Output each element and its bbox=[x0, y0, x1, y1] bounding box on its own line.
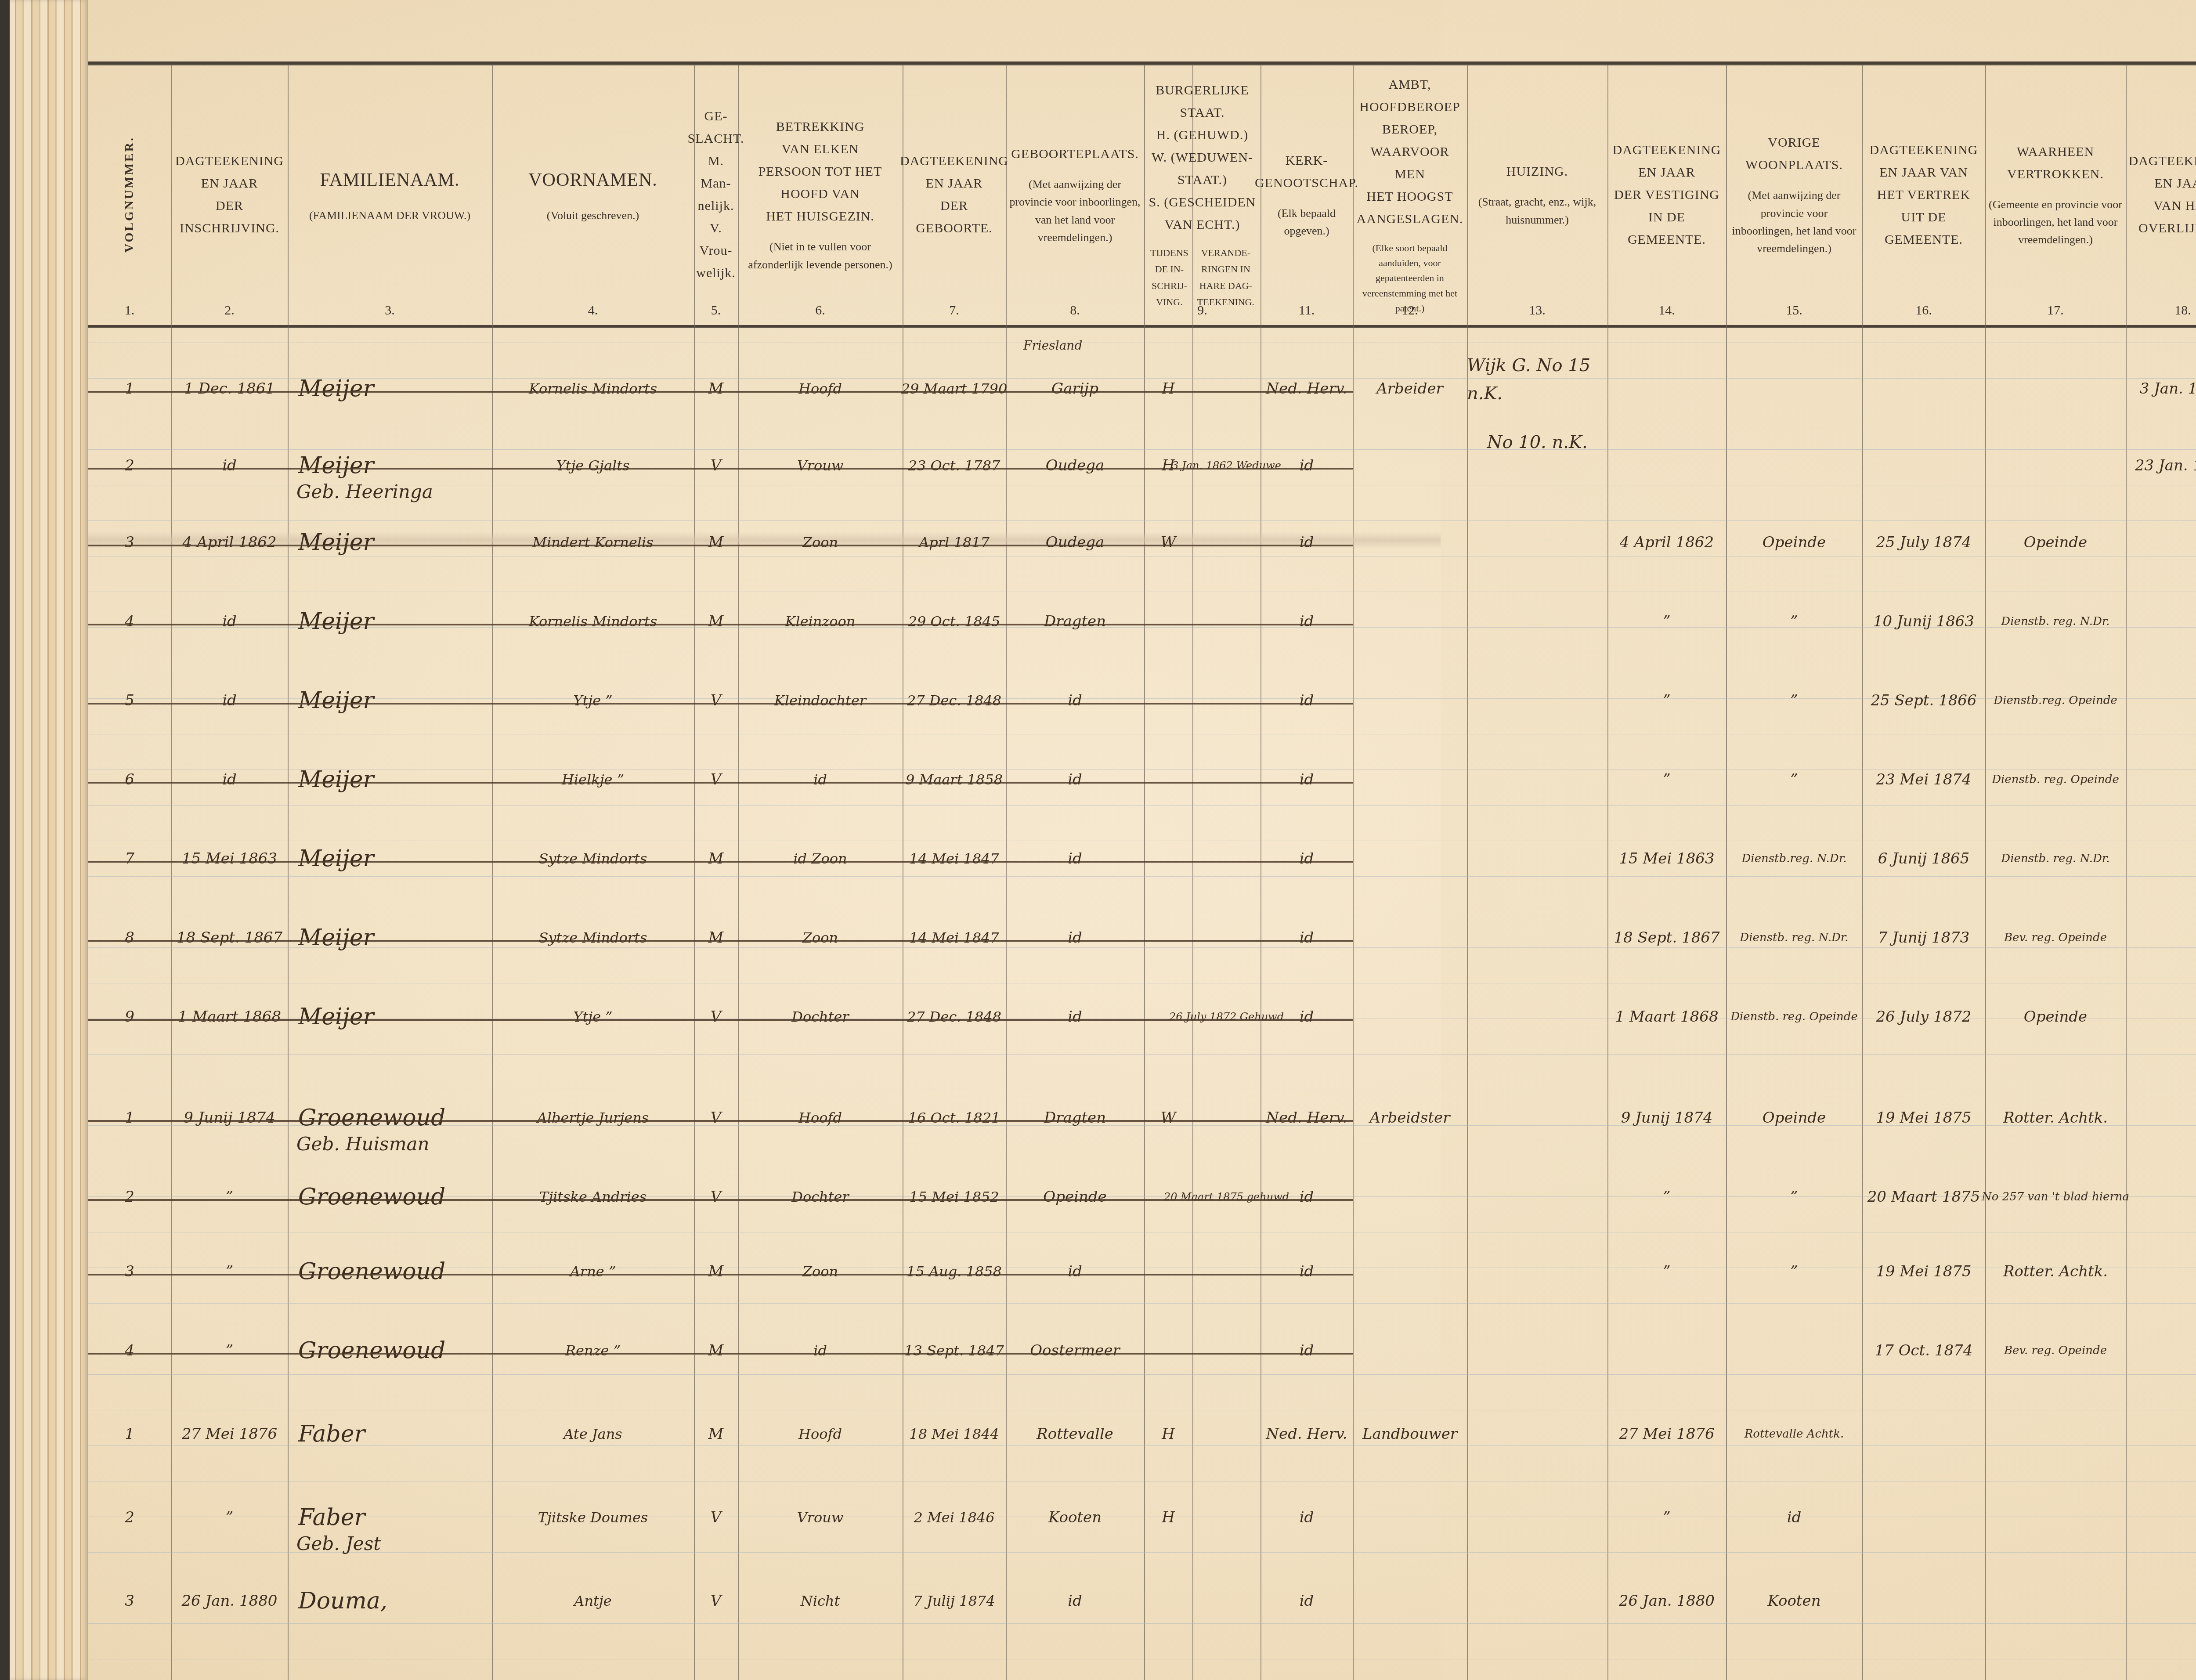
header-text: HET HOOGST bbox=[1367, 185, 1453, 208]
column-number: 8. bbox=[1006, 299, 1144, 322]
cell-sex: M bbox=[694, 1234, 738, 1309]
register-row[interactable]: 4idMeijerKornelis MindortsMKleinzoon29 O… bbox=[88, 584, 2196, 659]
header-text: VAN ELKEN bbox=[782, 138, 859, 160]
header-text: DER VESTIGING bbox=[1614, 184, 1719, 206]
register-row[interactable]: 2idMeijerYtje GjaltsVVrouw23 Oct. 1787Ou… bbox=[88, 428, 2196, 503]
cell-settle: ” bbox=[1607, 1480, 1726, 1555]
cell-surname: Groenewoud bbox=[288, 1313, 502, 1388]
column-header-2: DAGTEEKENINGEN JAARDERINSCHRIJVING.2. bbox=[171, 65, 288, 324]
maiden-name: Geb. Heeringa bbox=[296, 481, 433, 502]
column-number: 11. bbox=[1261, 299, 1353, 322]
strike-through-line bbox=[88, 861, 1353, 863]
cell-birth: 13 Sept. 1847 bbox=[903, 1313, 1006, 1388]
column-number: 15. bbox=[1726, 299, 1862, 322]
cell-church: id bbox=[1261, 979, 1353, 1054]
cell-leave: 7 Junij 1873 bbox=[1862, 900, 1985, 975]
maiden-name: Geb. Huisman bbox=[296, 1133, 430, 1155]
cell-prev: ” bbox=[1726, 1160, 1862, 1234]
cell-church: id bbox=[1261, 742, 1353, 817]
cell-prev: Dienstb. reg. N.Dr. bbox=[1726, 900, 1862, 975]
cell-birthplace: id bbox=[1006, 979, 1144, 1054]
cell-dest: Rotter. Achtk. bbox=[1985, 1234, 2126, 1309]
cell-death: 23 Jan. 1867 bbox=[2126, 428, 2196, 503]
column-header-7: DAGTEEKENINGEN JAARDERGEBOORTE.7. bbox=[903, 65, 1006, 324]
cell-given: Mindert Kornelis bbox=[492, 505, 694, 580]
cell-house: Wijk G. No 15 n.K. bbox=[1467, 351, 1607, 426]
strike-through-line bbox=[88, 782, 1353, 784]
cell-given: Kornelis Mindorts bbox=[492, 584, 694, 659]
cell-surname: Groenewoud bbox=[288, 1160, 502, 1234]
column-header-12: AMBT,HOOFDBEROEPBEROEP,WAARVOOR MENHET H… bbox=[1353, 65, 1467, 324]
cell-dest: Opeinde bbox=[1985, 979, 2126, 1054]
column-number: 18. bbox=[2126, 299, 2196, 322]
cell-dest: Dienstb. reg. N.Dr. bbox=[1985, 821, 2126, 896]
header-text: EN JAAR bbox=[1638, 161, 1695, 184]
register-row[interactable]: 715 Mei 1863MeijerSytze MindortsMid Zoon… bbox=[88, 821, 2196, 896]
header-text: Man- bbox=[701, 172, 731, 195]
cell-leave: 23 Mei 1874 bbox=[1862, 742, 1985, 817]
cell-birth: 7 Julij 1874 bbox=[903, 1564, 1006, 1638]
cell-nr: 3 bbox=[88, 1564, 171, 1638]
cell-leave: 17 Oct. 1874 bbox=[1862, 1313, 1985, 1388]
cell-occupation: Landbouwer bbox=[1353, 1397, 1467, 1471]
cell-given: Ytje ” bbox=[492, 663, 694, 738]
cell-prev: Dienstb. reg. Opeinde bbox=[1726, 979, 1862, 1054]
header-text: DAGTEEKENING bbox=[2129, 150, 2196, 172]
strike-through-line bbox=[88, 1353, 1353, 1355]
column-number: 9. bbox=[1144, 299, 1261, 322]
header-text: STAAT.) bbox=[1177, 169, 1227, 191]
cell-birthplace: id bbox=[1006, 1234, 1144, 1309]
cell-prev: Opeinde bbox=[1726, 505, 1862, 580]
column-header-14: DAGTEEKENINGEN JAARDER VESTIGINGIN DEGEM… bbox=[1607, 65, 1726, 324]
cell-birth: 27 Dec. 1848 bbox=[903, 979, 1006, 1054]
header-text: EN JAAR VAN bbox=[1879, 161, 1968, 184]
header-text: EN JAAR bbox=[926, 172, 983, 195]
strike-through-line bbox=[88, 545, 1353, 546]
cell-given: Arne ” bbox=[492, 1234, 694, 1309]
header-text: STAAT. bbox=[1180, 101, 1224, 124]
cell-prev: ” bbox=[1726, 742, 1862, 817]
cell-sex: V bbox=[694, 1564, 738, 1638]
column-number: 14. bbox=[1607, 299, 1726, 322]
column-number: 5. bbox=[694, 299, 738, 322]
cell-nr: 3 bbox=[88, 505, 171, 580]
cell-leave: 25 July 1874 bbox=[1862, 505, 1985, 580]
strike-through-line bbox=[88, 1120, 1353, 1122]
cell-settle: ” bbox=[1607, 663, 1726, 738]
cell-dest: Opeinde bbox=[1985, 505, 2126, 580]
header-text: GENOOTSCHAP. bbox=[1255, 172, 1358, 194]
header-text: DAGTEEKENING bbox=[1613, 139, 1721, 161]
header-text: WAARHEEN bbox=[2017, 141, 2094, 163]
column-number: 6. bbox=[738, 299, 903, 322]
cell-dest: Dienstb. reg. Opeinde bbox=[1985, 742, 2126, 817]
cell-birthplace: Garijp bbox=[1006, 351, 1144, 426]
cell-leave: 10 Junij 1863 bbox=[1862, 584, 1985, 659]
cell-given: Renze ” bbox=[492, 1313, 694, 1388]
cell-dest: Bev. reg. Opeinde bbox=[1985, 900, 2126, 975]
cell-birth: 14 Mei 1847 bbox=[903, 821, 1006, 896]
cell-nr: 1 bbox=[88, 1397, 171, 1471]
column-number: 16. bbox=[1862, 299, 1985, 322]
cell-birth: 29 Maart 1790 bbox=[903, 351, 1006, 426]
cell-birth: 15 Aug. 1858 bbox=[903, 1234, 1006, 1309]
cell-surname: Groenewoud bbox=[288, 1234, 502, 1309]
cell-birth: Aprl 1817 bbox=[903, 505, 1006, 580]
cell-settle: ” bbox=[1607, 1160, 1726, 1234]
cell-date-reg: 9 Junij 1874 bbox=[171, 1080, 288, 1155]
cell-given: Ytje ” bbox=[492, 979, 694, 1054]
cell-prev: Kooten bbox=[1726, 1564, 1862, 1638]
column-header-17: WAARHEENVERTROKKEN.(Gemeente en provinci… bbox=[1985, 65, 2126, 324]
cell-relation: Dochter bbox=[738, 979, 903, 1054]
cell-sex: V bbox=[694, 742, 738, 817]
cell-church: id bbox=[1261, 1313, 1353, 1388]
cell-death: 3 Jan. 1862 bbox=[2126, 351, 2196, 426]
cell-relation: Kleindochter bbox=[738, 663, 903, 738]
cell-sex: V bbox=[694, 1480, 738, 1555]
cell-date-reg: id bbox=[171, 742, 288, 817]
cell-nr: 3 bbox=[88, 1234, 171, 1309]
cell-date-reg: id bbox=[171, 663, 288, 738]
cell-nr: 7 bbox=[88, 821, 171, 896]
cell-dest: No 257 van 't blad hierna bbox=[1985, 1160, 2126, 1234]
cell-nr: 5 bbox=[88, 663, 171, 738]
cell-surname: Meijer bbox=[288, 351, 502, 426]
header-text: VERTROKKEN. bbox=[2007, 163, 2104, 185]
header-text: GE- bbox=[704, 105, 728, 127]
header-text: AANGESLAGEN. bbox=[1357, 208, 1463, 230]
cell-given: Ate Jans bbox=[492, 1397, 694, 1471]
header-text: GEMEENTE. bbox=[1628, 228, 1706, 251]
cell-date-reg: ” bbox=[171, 1234, 288, 1309]
cell-nr: 2 bbox=[88, 428, 171, 503]
header-text: VAN HET bbox=[2153, 195, 2196, 217]
register-row[interactable]: 326 Jan. 1880Douma,AntjeVNicht7 Julij 18… bbox=[88, 1564, 2196, 1638]
header-text: UIT DE bbox=[1901, 206, 1947, 228]
header-text: BEROEP, bbox=[1382, 118, 1438, 141]
column-number: 7. bbox=[903, 299, 1006, 322]
cell-occupation: Arbeidster bbox=[1353, 1080, 1467, 1155]
cell-relation: Vrouw bbox=[738, 1480, 903, 1555]
cell-birthplace: id bbox=[1006, 900, 1144, 975]
cell-sex: M bbox=[694, 505, 738, 580]
cell-given: Antje bbox=[492, 1564, 694, 1638]
column-header-11: KERK-GENOOTSCHAP.(Elk bepaald opgeven.)1… bbox=[1261, 65, 1353, 324]
cell-nr: 4 bbox=[88, 1313, 171, 1388]
header-text: DAGTEEKENING bbox=[900, 150, 1008, 172]
cell-sex: M bbox=[694, 351, 738, 426]
cell-sex: M bbox=[694, 821, 738, 896]
cell-date-reg: ” bbox=[171, 1160, 288, 1234]
cell-birth: 16 Oct. 1821 bbox=[903, 1080, 1006, 1155]
ruled-line bbox=[88, 343, 2196, 343]
cell-civil-change: 26 July 1872 Gehuwd bbox=[1192, 979, 1261, 1054]
cell-prev: ” bbox=[1726, 584, 1862, 659]
cell-leave: 26 July 1872 bbox=[1862, 979, 1985, 1054]
column-header-4: VOORNAMEN.(Voluit geschreven.)4. bbox=[492, 65, 694, 324]
column-number: 4. bbox=[492, 299, 694, 322]
cell-civil: H bbox=[1144, 1397, 1192, 1471]
cell-nr: 1 bbox=[88, 1080, 171, 1155]
column-header-13: HUIZING.(Straat, gracht, enz., wijk, hui… bbox=[1467, 65, 1607, 324]
cell-surname: Meijer bbox=[288, 505, 502, 580]
cell-civil-change: 3 Jan. 1862 Weduwe bbox=[1192, 428, 1261, 503]
cell-prev: id bbox=[1726, 1480, 1862, 1555]
column-number: 1. bbox=[88, 299, 171, 322]
cell-prev: Rottevalle Achtk. bbox=[1726, 1397, 1862, 1471]
cell-date-reg: ” bbox=[171, 1313, 288, 1388]
cell-given: Sytze Mindorts bbox=[492, 821, 694, 896]
cell-birth: 18 Mei 1844 bbox=[903, 1397, 1006, 1471]
strike-through-line bbox=[88, 391, 1353, 393]
cell-given: Hielkje ” bbox=[492, 742, 694, 817]
cell-nr: 2 bbox=[88, 1480, 171, 1555]
cell-relation: Zoon bbox=[738, 505, 903, 580]
cell-church: id bbox=[1261, 663, 1353, 738]
cell-surname: Meijer bbox=[288, 821, 502, 896]
header-text: EN JAAR bbox=[2154, 172, 2196, 195]
header-text: welijk. bbox=[696, 262, 736, 284]
cell-nr: 4 bbox=[88, 584, 171, 659]
cell-leave: 19 Mei 1875 bbox=[1862, 1234, 1985, 1309]
cell-settle: 26 Jan. 1880 bbox=[1607, 1564, 1726, 1638]
cell-relation: id Zoon bbox=[738, 821, 903, 896]
header-text: GEBOORTE. bbox=[916, 217, 993, 239]
cell-surname: Meijer bbox=[288, 900, 502, 975]
cell-date-reg: 26 Jan. 1880 bbox=[171, 1564, 288, 1638]
cell-given: Albertje Jurjens bbox=[492, 1080, 694, 1155]
cell-birthplace: id bbox=[1006, 742, 1144, 817]
cell-sex: V bbox=[694, 428, 738, 503]
cell-church: id bbox=[1261, 1480, 1353, 1555]
cell-civil: H bbox=[1144, 351, 1192, 426]
header-text: V. bbox=[710, 217, 722, 239]
register-row[interactable]: 11 Dec. 1861MeijerKornelis MindortsMHoof… bbox=[88, 351, 2196, 426]
cell-given: Tjitske Andries bbox=[492, 1160, 694, 1234]
cell-relation: Vrouw bbox=[738, 428, 903, 503]
strike-through-line bbox=[88, 940, 1353, 942]
cell-civil: H bbox=[1144, 1480, 1192, 1555]
cell-relation: Hoofd bbox=[738, 1080, 903, 1155]
cell-birth: 14 Mei 1847 bbox=[903, 900, 1006, 975]
register-row[interactable]: 127 Mei 1876FaberAte JansMHoofd18 Mei 18… bbox=[88, 1397, 2196, 1471]
cell-given: Ytje Gjalts bbox=[492, 428, 694, 503]
cell-sex: M bbox=[694, 584, 738, 659]
header-text: DAGTEEKENING bbox=[175, 150, 284, 172]
cell-relation: Hoofd bbox=[738, 1397, 903, 1471]
header-text: BETREKKING bbox=[776, 116, 865, 138]
cell-relation: Dochter bbox=[738, 1160, 903, 1234]
header-text: KERK- bbox=[1286, 149, 1328, 172]
column-number: 13. bbox=[1467, 299, 1607, 322]
register-row[interactable]: 5idMeijerYtje ”VKleindochter27 Dec. 1848… bbox=[88, 663, 2196, 738]
column-number: 3. bbox=[288, 299, 492, 322]
cell-church: id bbox=[1261, 1234, 1353, 1309]
cell-church: Ned. Herv. bbox=[1261, 1080, 1353, 1155]
cell-date-reg: ” bbox=[171, 1480, 288, 1555]
strike-through-line bbox=[88, 1019, 1353, 1021]
cell-settle: 1 Maart 1868 bbox=[1607, 979, 1726, 1054]
header-text: DAGTEEKENING bbox=[1870, 139, 1978, 161]
cell-occupation: Arbeider bbox=[1353, 351, 1467, 426]
register-row[interactable]: 19 Junij 1874GroenewoudAlbertje JurjensV… bbox=[88, 1080, 2196, 1155]
strike-through-line bbox=[88, 624, 1353, 625]
strike-through-line bbox=[88, 1199, 1353, 1201]
header-text: VORIGE bbox=[1768, 131, 1820, 154]
header-text: VAN ECHT.) bbox=[1164, 213, 1240, 236]
column-number: 2. bbox=[171, 299, 288, 322]
cell-relation: Nicht bbox=[738, 1564, 903, 1638]
header-text: DER bbox=[940, 195, 968, 217]
register-row[interactable]: 2”GroenewoudTjitske AndriesVDochter15 Me… bbox=[88, 1160, 2196, 1234]
header-text: BURGERLIJKE bbox=[1156, 79, 1249, 101]
cell-church: id bbox=[1261, 584, 1353, 659]
header-text: WAARVOOR MEN bbox=[1356, 141, 1463, 185]
cell-nr: 1 bbox=[88, 351, 171, 426]
cell-dest: Dienstb.reg. Opeinde bbox=[1985, 663, 2126, 738]
header-text: S. (GESCHEIDEN bbox=[1149, 191, 1256, 213]
column-header-18: DAGTEEKENINGEN JAARVAN HETOVERLIJDEN.18. bbox=[2126, 65, 2196, 324]
cell-church: Ned. Herv. bbox=[1261, 1397, 1353, 1471]
cell-church: id bbox=[1261, 821, 1353, 896]
header-text: VOLGNUMMER. bbox=[119, 136, 140, 253]
cell-leave: 20 Maart 1875 bbox=[1862, 1160, 1985, 1234]
strike-through-line bbox=[88, 468, 1353, 470]
cell-birth: 15 Mei 1852 bbox=[903, 1160, 1006, 1234]
cell-settle: 15 Mei 1863 bbox=[1607, 821, 1726, 896]
cell-settle: 27 Mei 1876 bbox=[1607, 1397, 1726, 1471]
cell-birthplace: Kooten bbox=[1006, 1480, 1144, 1555]
cell-nr: 2 bbox=[88, 1160, 171, 1234]
cell-dest: Rotter. Achtk. bbox=[1985, 1080, 2126, 1155]
cell-civil-change: 20 Maart 1875 gehuwd bbox=[1192, 1160, 1261, 1234]
column-header-9: BURGERLIJKESTAAT.H. (GEHUWD.)W. (WEDUWEN… bbox=[1144, 65, 1261, 324]
cell-church: id bbox=[1261, 1160, 1353, 1234]
cell-sex: M bbox=[694, 1313, 738, 1388]
register-row[interactable]: 91 Maart 1868MeijerYtje ”VDochter27 Dec.… bbox=[88, 979, 2196, 1054]
header-text: WOONPLAATS. bbox=[1745, 154, 1843, 176]
cell-date-reg: 1 Maart 1868 bbox=[171, 979, 288, 1054]
header-text: M. bbox=[708, 150, 724, 172]
cell-sex: V bbox=[694, 663, 738, 738]
cell-relation: id bbox=[738, 742, 903, 817]
cell-surname: Faber bbox=[288, 1397, 502, 1471]
cell-dest: Dienstb. reg. N.Dr. bbox=[1985, 584, 2126, 659]
cell-surname: Meijer bbox=[288, 663, 502, 738]
cell-date-reg: 18 Sept. 1867 bbox=[171, 900, 288, 975]
cell-settle: ” bbox=[1607, 1234, 1726, 1309]
cell-birthplace: Oostermeer bbox=[1006, 1313, 1144, 1388]
strike-through-line bbox=[88, 1274, 1353, 1275]
cell-relation: Zoon bbox=[738, 1234, 903, 1309]
cell-settle: ” bbox=[1607, 584, 1726, 659]
ruled-line bbox=[88, 1054, 2196, 1055]
birthplace-province-note: Friesland bbox=[1023, 338, 1082, 353]
header-text: HOOFDBEROEP bbox=[1359, 96, 1460, 118]
maiden-name: Geb. Jest bbox=[296, 1533, 381, 1554]
cell-leave: 19 Mei 1875 bbox=[1862, 1080, 1985, 1155]
header-text: PERSOON TOT HET bbox=[758, 160, 882, 183]
cell-house: No 10. n.K. bbox=[1467, 428, 1607, 503]
register-row[interactable]: 4”GroenewoudRenze ”Mid13 Sept. 1847Ooste… bbox=[88, 1313, 2196, 1388]
cell-birthplace: Dragten bbox=[1006, 1080, 1144, 1155]
cell-birthplace: Oudega bbox=[1006, 505, 1144, 580]
header-text: W. (WEDUWEN- bbox=[1152, 146, 1253, 169]
book-page-edges bbox=[0, 0, 88, 1680]
cell-dest: Bev. reg. Opeinde bbox=[1985, 1313, 2126, 1388]
header-text: H. (GEHUWD.) bbox=[1156, 124, 1248, 146]
cell-given: Tjitske Doumes bbox=[492, 1480, 694, 1555]
cell-settle: ” bbox=[1607, 742, 1726, 817]
register-row[interactable]: 34 April 1862MeijerMindert KornelisMZoon… bbox=[88, 505, 2196, 580]
cell-sex: V bbox=[694, 1160, 738, 1234]
cell-church: id bbox=[1261, 505, 1353, 580]
cell-relation: Kleinzoon bbox=[738, 584, 903, 659]
cell-leave: 6 Junij 1865 bbox=[1862, 821, 1985, 896]
cell-prev: ” bbox=[1726, 1234, 1862, 1309]
ruled-line bbox=[88, 1659, 2196, 1659]
register-row[interactable]: 3”GroenewoudArne ”MZoon15 Aug. 1858idid”… bbox=[88, 1234, 2196, 1309]
cell-given: Sytze Mindorts bbox=[492, 900, 694, 975]
cell-church: id bbox=[1261, 900, 1353, 975]
cell-sex: V bbox=[694, 1080, 738, 1155]
header-text: GEMEENTE. bbox=[1885, 228, 1963, 251]
cell-date-reg: 27 Mei 1876 bbox=[171, 1397, 288, 1471]
cell-church: id bbox=[1261, 428, 1353, 503]
cell-nr: 6 bbox=[88, 742, 171, 817]
column-header-6: BETREKKINGVAN ELKENPERSOON TOT HETHOOFD … bbox=[738, 65, 903, 324]
cell-sex: M bbox=[694, 900, 738, 975]
cell-prev: Dienstb.reg. N.Dr. bbox=[1726, 821, 1862, 896]
cell-birth: 27 Dec. 1848 bbox=[903, 663, 1006, 738]
cell-date-reg: 1 Dec. 1861 bbox=[171, 351, 288, 426]
cell-settle: 4 April 1862 bbox=[1607, 505, 1726, 580]
header-text: IN DE bbox=[1648, 206, 1685, 228]
column-header-16: DAGTEEKENINGEN JAAR VANHET VERTREKUIT DE… bbox=[1862, 65, 1985, 324]
cell-relation: Hoofd bbox=[738, 351, 903, 426]
register-page: NUMMER VAN HET BLAD. 176. VOLGNUMMER.1.D… bbox=[88, 0, 2196, 1680]
register-row[interactable]: 6idMeijerHielkje ”Vid9 Maart 1858idid””2… bbox=[88, 742, 2196, 817]
cell-birthplace: id bbox=[1006, 821, 1144, 896]
strike-through-line bbox=[88, 703, 1353, 705]
cell-prev: ” bbox=[1726, 663, 1862, 738]
header-text: AMBT, bbox=[1389, 73, 1431, 96]
cell-relation: id bbox=[738, 1313, 903, 1388]
cell-surname: Meijer bbox=[288, 584, 502, 659]
column-header-8: GEBOORTEPLAATS.(Met aanwijzing der provi… bbox=[1006, 65, 1144, 324]
cell-surname: Meijer bbox=[288, 742, 502, 817]
cell-date-reg: id bbox=[171, 428, 288, 503]
cell-settle: 18 Sept. 1867 bbox=[1607, 900, 1726, 975]
cell-surname: Douma, bbox=[288, 1564, 502, 1638]
cell-prev: Opeinde bbox=[1726, 1080, 1862, 1155]
cell-birth: 9 Maart 1858 bbox=[903, 742, 1006, 817]
register-row[interactable]: 818 Sept. 1867MeijerSytze MindortsMZoon1… bbox=[88, 900, 2196, 975]
column-header-5: GE-SLACHT.M.Man-nelijk.V.Vrou-welijk.5. bbox=[694, 65, 738, 324]
header-text: OVERLIJDEN. bbox=[2138, 217, 2196, 239]
header-text: HET VERTREK bbox=[1877, 184, 1970, 206]
header-text: DER bbox=[216, 195, 243, 217]
cell-birthplace: Dragten bbox=[1006, 584, 1144, 659]
column-number: 12. bbox=[1353, 299, 1467, 322]
header-text: INSCHRIJVING. bbox=[180, 217, 279, 239]
cell-birth: 2 Mei 1846 bbox=[903, 1480, 1006, 1555]
cell-civil: W bbox=[1144, 505, 1192, 580]
cell-relation: Zoon bbox=[738, 900, 903, 975]
register-row[interactable]: 2”FaberTjitske DoumesVVrouw2 Mei 1846Koo… bbox=[88, 1480, 2196, 1555]
